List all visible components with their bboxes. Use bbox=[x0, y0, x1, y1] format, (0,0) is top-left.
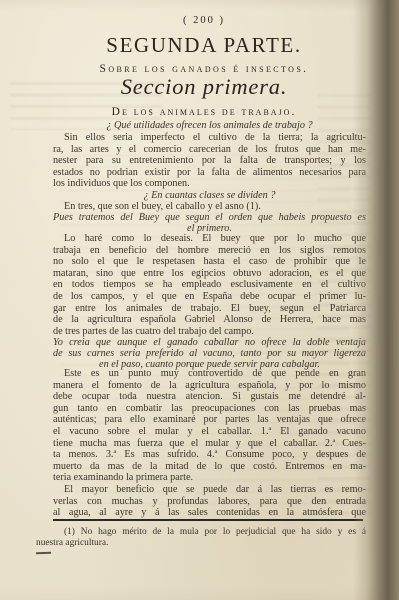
text-line: En tres, que son el buey, el caballo y e… bbox=[53, 201, 366, 213]
text-line: estados no podrian existir por la falta … bbox=[53, 167, 366, 179]
text-line: gun tanto en combatir las preocupaciones… bbox=[53, 403, 366, 415]
text-line: Este es un punto muy controvertido de qu… bbox=[53, 368, 366, 380]
section-title: Seccion primera. bbox=[38, 74, 370, 100]
text-line: al agua, al ayre y á las sales contenida… bbox=[53, 507, 366, 519]
text-block-question: ¿ Qué utilidades ofrecen los animales de… bbox=[53, 120, 366, 132]
text-line: nester para su entretenimiento por la fa… bbox=[53, 155, 366, 167]
text-line: Sin ellos seria imperfecto el cultivo de… bbox=[53, 132, 366, 144]
text-block-para: El mayor beneficio que se puede dar á la… bbox=[53, 484, 366, 519]
chapter-title: De los animales de trabajo. bbox=[38, 106, 370, 118]
text-block-para: En tres, que son el buey, el caballo y e… bbox=[53, 201, 366, 213]
text-block-para: Este es un punto muy controvertido de qu… bbox=[53, 368, 366, 484]
text-line: auténticas; para ello examinaré por part… bbox=[53, 414, 366, 426]
text-line: gar entre los animales de trabajo. El bu… bbox=[53, 303, 366, 315]
text-line: mataran, sino que entre los egipcios obt… bbox=[53, 268, 366, 280]
text-line: ¿ En cuantas clases se dividen ? bbox=[53, 190, 366, 202]
text-line: (1) No hago mérito de la mula por lo per… bbox=[36, 527, 366, 538]
text-line: en todos tiempos se ha empleado esclusiv… bbox=[53, 279, 366, 291]
text-block-italic: Pues tratemos del Buey que segun el orde… bbox=[53, 212, 366, 234]
text-line: de los campos, y el que en España debe o… bbox=[53, 291, 366, 303]
text-line: teria examinando la primera parte. bbox=[53, 472, 366, 484]
part-title: SEGUNDA PARTE. bbox=[38, 33, 370, 58]
text-block-para: Lo haré como lo deseais. El buey que por… bbox=[53, 233, 366, 337]
text-line: Lo haré como lo deseais. El buey que por… bbox=[53, 233, 366, 245]
text-line: el vacuno sobre el mular y el caballar. … bbox=[53, 426, 366, 438]
text-block-para: Sin ellos seria imperfecto el cultivo de… bbox=[53, 132, 366, 190]
text-line: debe ocupar toda nuestra atencion. Si gu… bbox=[53, 391, 366, 403]
footnote-rule bbox=[53, 519, 363, 521]
text-line: no solo el que le respetasen hasta el ca… bbox=[53, 256, 366, 268]
margin-mark bbox=[36, 552, 51, 554]
text-block-question: ¿ En cuantas clases se dividen ? bbox=[53, 190, 366, 202]
text-block-note: (1) No hago mérito de la mula por lo per… bbox=[36, 527, 366, 549]
text-line: de sus carnes seria preferido al vacuno,… bbox=[53, 348, 366, 359]
text-line: El mayor beneficio que se puede dar á la… bbox=[53, 484, 366, 496]
text-line: muerto da mas de la mitad de lo que cost… bbox=[53, 461, 366, 473]
page-number: ( 200 ) bbox=[38, 15, 370, 26]
text-line: verlas con muchas y profundas labores, p… bbox=[53, 496, 366, 508]
text-line: Pues tratemos del Buey que segun el orde… bbox=[53, 212, 366, 223]
text-line: nuestra agricultura. bbox=[36, 538, 366, 549]
text-line: trabaja en beneficio del hombre mereció … bbox=[53, 245, 366, 257]
text-line: Yo creia que aunque el ganado caballar n… bbox=[53, 337, 366, 348]
text-line: de tres partes de las cuatro del trabajo… bbox=[53, 326, 366, 338]
text-block-italic: Yo creia que aunque el ganado caballar n… bbox=[53, 337, 366, 371]
text-line: los individuos que los componen. bbox=[53, 178, 366, 190]
text-line: ra, las artes y el comercio carecerian d… bbox=[53, 144, 366, 156]
text-line: manera el fomento de la agricultura espa… bbox=[53, 380, 366, 392]
text-line: de la agricultura española Gabriel Alons… bbox=[53, 314, 366, 326]
text-line: ¿ Qué utilidades ofrecen los animales de… bbox=[53, 120, 366, 132]
text-line: tiene mucha mas fuerza que el mular y qu… bbox=[53, 438, 366, 450]
book-page-scan: ( 200 ) SEGUNDA PARTE. Sobre los ganados… bbox=[0, 0, 399, 600]
text-line: ta menos. 3.ª Es mas sufrido. 4.ª Consum… bbox=[53, 449, 366, 461]
